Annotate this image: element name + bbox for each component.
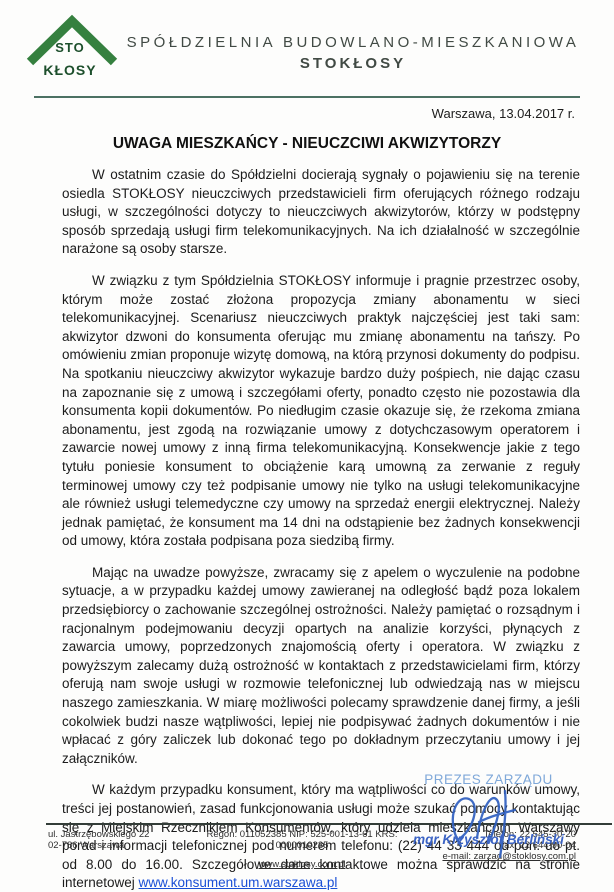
stoklosy-logo: STO KŁOSY [22, 10, 122, 90]
signature-block: PREZES ZARZĄDU mgr Krzysztof Berliński [391, 772, 586, 847]
logo-text-line2: KŁOSY [22, 62, 118, 78]
signer-name: mgr Krzysztof Berliński [391, 832, 586, 847]
logo-text-line1: STO [22, 40, 118, 55]
stoklosy-website-link[interactable]: www.stoklosy.com.pl [259, 859, 346, 870]
konsument-link[interactable]: www.konsument.um.warszawa.pl [139, 875, 338, 890]
paragraph-2: W związku z tym Spółdzielnia STOKŁOSY in… [62, 272, 580, 551]
paragraph-3: Mając na uwadze powyższe, zwracamy się z… [62, 564, 580, 769]
footer-address-street: ul. Jastrzębowskiego 22 [48, 829, 198, 840]
date-line: Warszawa, 13.04.2017 r. [0, 106, 575, 121]
header-divider [34, 96, 580, 98]
organization-name: SPÓŁDZIELNIA BUDOWLANO-MIESZKANIOWA STOK… [122, 10, 584, 72]
organization-name-line2: STOKŁOSY [122, 55, 584, 72]
footer-registry-block: Regon: 011052385 NIP: 525-001-13-61 KRS:… [198, 829, 406, 870]
signer-role: PREZES ZARZĄDU [391, 772, 586, 788]
footer-address-city: 02-786 Warszawa [48, 840, 198, 851]
handwritten-signature-icon [431, 786, 547, 858]
document-page: STO KŁOSY SPÓŁDZIELNIA BUDOWLANO-MIESZKA… [0, 0, 614, 892]
footer-address: ul. Jastrzębowskiego 22 02-786 Warszawa [48, 829, 198, 870]
paragraph-1: W ostatnim czasie do Spółdzielni dociera… [62, 166, 580, 259]
letterhead: STO KŁOSY SPÓŁDZIELNIA BUDOWLANO-MIESZKA… [0, 0, 614, 90]
footer-registry-numbers: Regon: 011052385 NIP: 525-001-13-61 KRS:… [198, 829, 406, 851]
organization-name-line1: SPÓŁDZIELNIA BUDOWLANO-MIESZKANIOWA [122, 34, 584, 51]
page-title: UWAGA MIESZKAŃCY - NIEUCZCIWI AKWIZYTORZ… [0, 135, 614, 153]
